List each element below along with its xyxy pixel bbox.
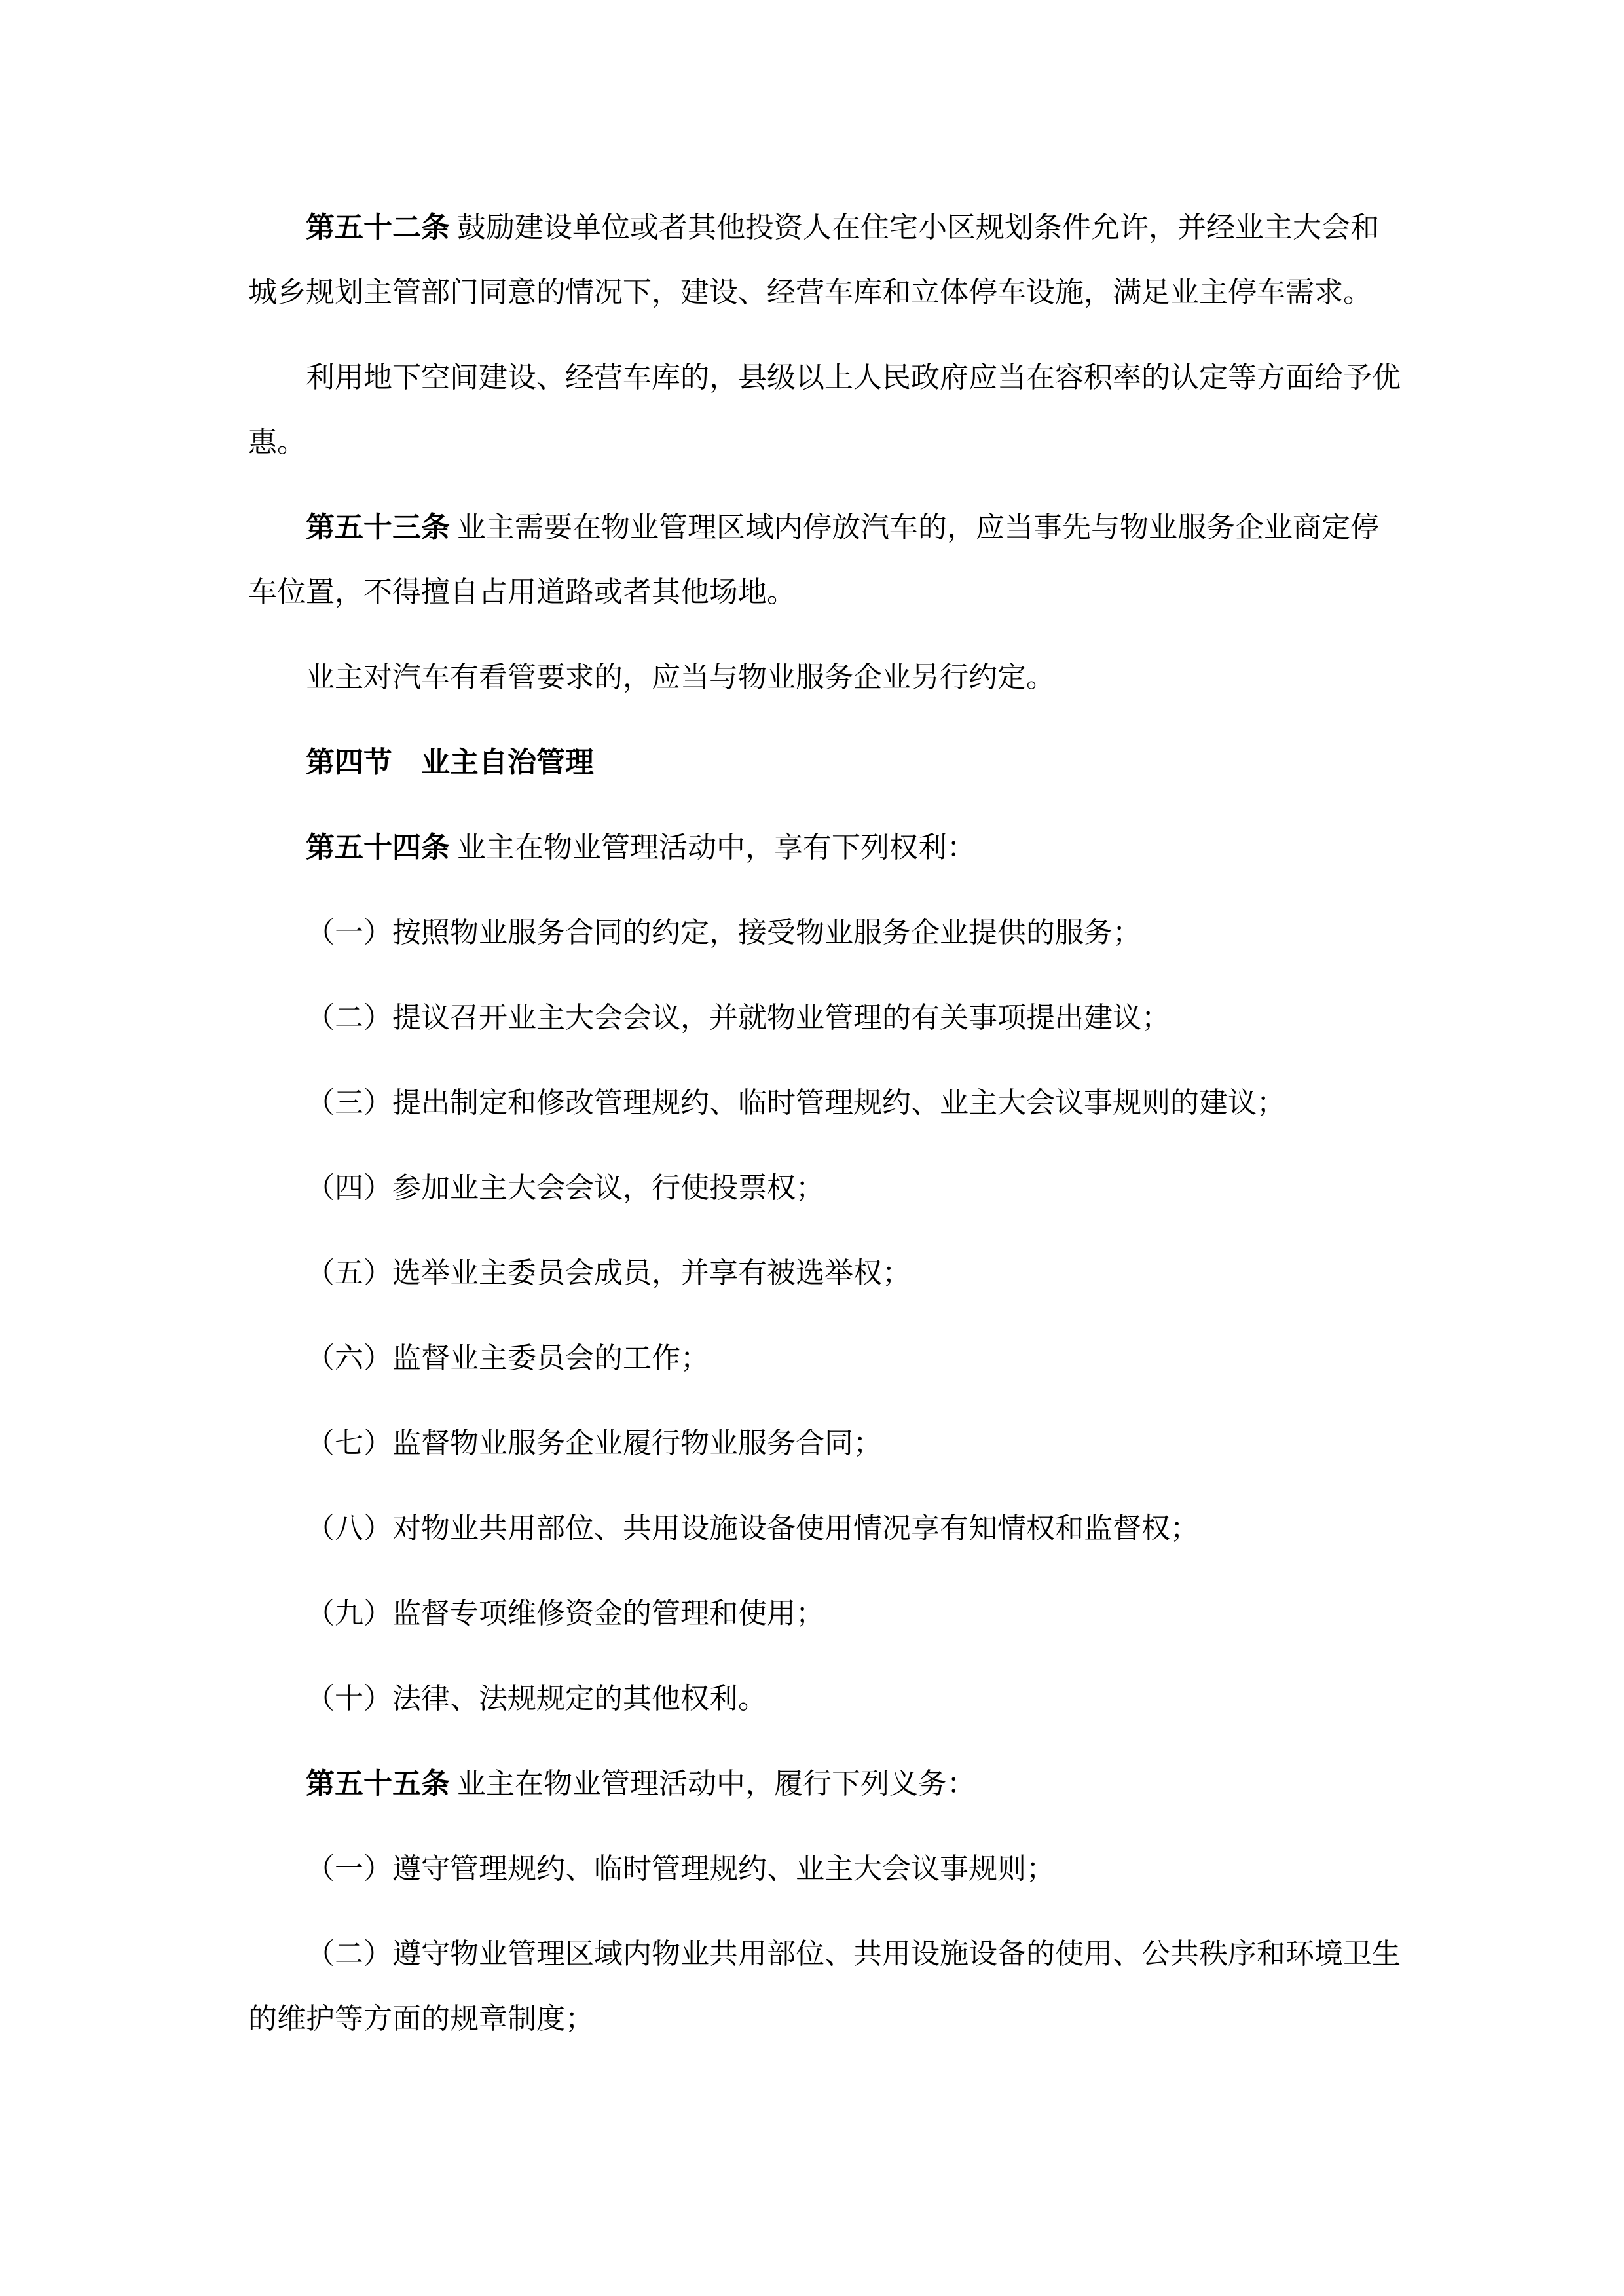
text-line: 惠。 [248,410,1378,475]
article-paragraph: 第五十三条 业主需要在物业管理区域内停放汽车的，应当事先与物业服务企业商定停车位… [248,495,1378,625]
list-item: （九）监督专项维修资金的管理和使用； [248,1581,1378,1646]
article-number: 第五十四条 [306,831,450,864]
article-number: 第五十二条 [306,211,450,244]
document-content: 第五十二条 鼓励建设单位或者其他投资人在住宅小区规划条件允许，并经业主大会和城乡… [248,195,1378,2071]
list-item: （四）参加业主大会会议，行使投票权； [248,1156,1378,1220]
text-line: （二）遵守物业管理区域内物业共用部位、共用设施设备的使用、公共秩序和环境卫生 [248,1922,1378,1986]
text-line: 第五十五条 业主在物业管理活动中，履行下列义务： [248,1751,1378,1816]
article-paragraph: 第五十二条 鼓励建设单位或者其他投资人在住宅小区规划条件允许，并经业主大会和城乡… [248,195,1378,325]
list-item: （五）选举业主委员会成员，并享有被选举权； [248,1241,1378,1305]
text-line: （八）对物业共用部位、共用设施设备使用情况享有知情权和监督权； [248,1496,1378,1561]
text-line: （七）监督物业服务企业履行物业服务合同； [248,1411,1378,1476]
section-heading-text: 第四节 业主自治管理 [248,730,1378,795]
text-line: 利用地下空间建设、经营车库的，县级以上人民政府应当在容积率的认定等方面给予优 [248,345,1378,410]
text-line: 业主对汽车有看管要求的，应当与物业服务企业另行约定。 [248,645,1378,710]
list-item: （八）对物业共用部位、共用设施设备使用情况享有知情权和监督权； [248,1496,1378,1561]
section-heading-label: 第四节 业主自治管理 [306,746,594,778]
list-item: （六）监督业主委员会的工作； [248,1326,1378,1391]
text-line: （二）提议召开业主大会会议，并就物业管理的有关事项提出建议； [248,985,1378,1050]
text-line: （四）参加业主大会会议，行使投票权； [248,1156,1378,1220]
article-paragraph: 第五十四条 业主在物业管理活动中，享有下列权利： [248,815,1378,880]
text-line: （十）法律、法规规定的其他权利。 [248,1666,1378,1731]
article-number: 第五十五条 [306,1768,450,1800]
list-item: （十）法律、法规规定的其他权利。 [248,1666,1378,1731]
article-number: 第五十三条 [306,511,450,543]
text-line: 车位置，不得擅自占用道路或者其他场地。 [248,560,1378,625]
text-line: （三）提出制定和修改管理规约、临时管理规约、业主大会议事规则的建议； [248,1070,1378,1135]
text-line: （六）监督业主委员会的工作； [248,1326,1378,1391]
document-page: 第五十二条 鼓励建设单位或者其他投资人在住宅小区规划条件允许，并经业主大会和城乡… [0,0,1624,2296]
list-item: （三）提出制定和修改管理规约、临时管理规约、业主大会议事规则的建议； [248,1070,1378,1135]
list-item: （二）遵守物业管理区域内物业共用部位、共用设施设备的使用、公共秩序和环境卫生的维… [248,1922,1378,2051]
text-line: 第五十二条 鼓励建设单位或者其他投资人在住宅小区规划条件允许，并经业主大会和 [248,195,1378,260]
list-item: （二）提议召开业主大会会议，并就物业管理的有关事项提出建议； [248,985,1378,1050]
article-paragraph: 第五十五条 业主在物业管理活动中，履行下列义务： [248,1751,1378,1816]
text-line: 城乡规划主管部门同意的情况下，建设、经营车库和立体停车设施，满足业主停车需求。 [248,260,1378,325]
body-paragraph: 业主对汽车有看管要求的，应当与物业服务企业另行约定。 [248,645,1378,710]
text-line: 的维护等方面的规章制度； [248,1986,1378,2051]
text-line: 第五十四条 业主在物业管理活动中，享有下列权利： [248,815,1378,880]
text-line: （一）按照物业服务合同的约定，接受物业服务企业提供的服务； [248,900,1378,965]
body-paragraph: 利用地下空间建设、经营车库的，县级以上人民政府应当在容积率的认定等方面给予优惠。 [248,345,1378,475]
text-line: （一）遵守管理规约、临时管理规约、业主大会议事规则； [248,1836,1378,1901]
list-item: （一）按照物业服务合同的约定，接受物业服务企业提供的服务； [248,900,1378,965]
text-line: （五）选举业主委员会成员，并享有被选举权； [248,1241,1378,1305]
section-heading: 第四节 业主自治管理 [248,730,1378,795]
text-line: 第五十三条 业主需要在物业管理区域内停放汽车的，应当事先与物业服务企业商定停 [248,495,1378,560]
text-line: （九）监督专项维修资金的管理和使用； [248,1581,1378,1646]
list-item: （一）遵守管理规约、临时管理规约、业主大会议事规则； [248,1836,1378,1901]
list-item: （七）监督物业服务企业履行物业服务合同； [248,1411,1378,1476]
